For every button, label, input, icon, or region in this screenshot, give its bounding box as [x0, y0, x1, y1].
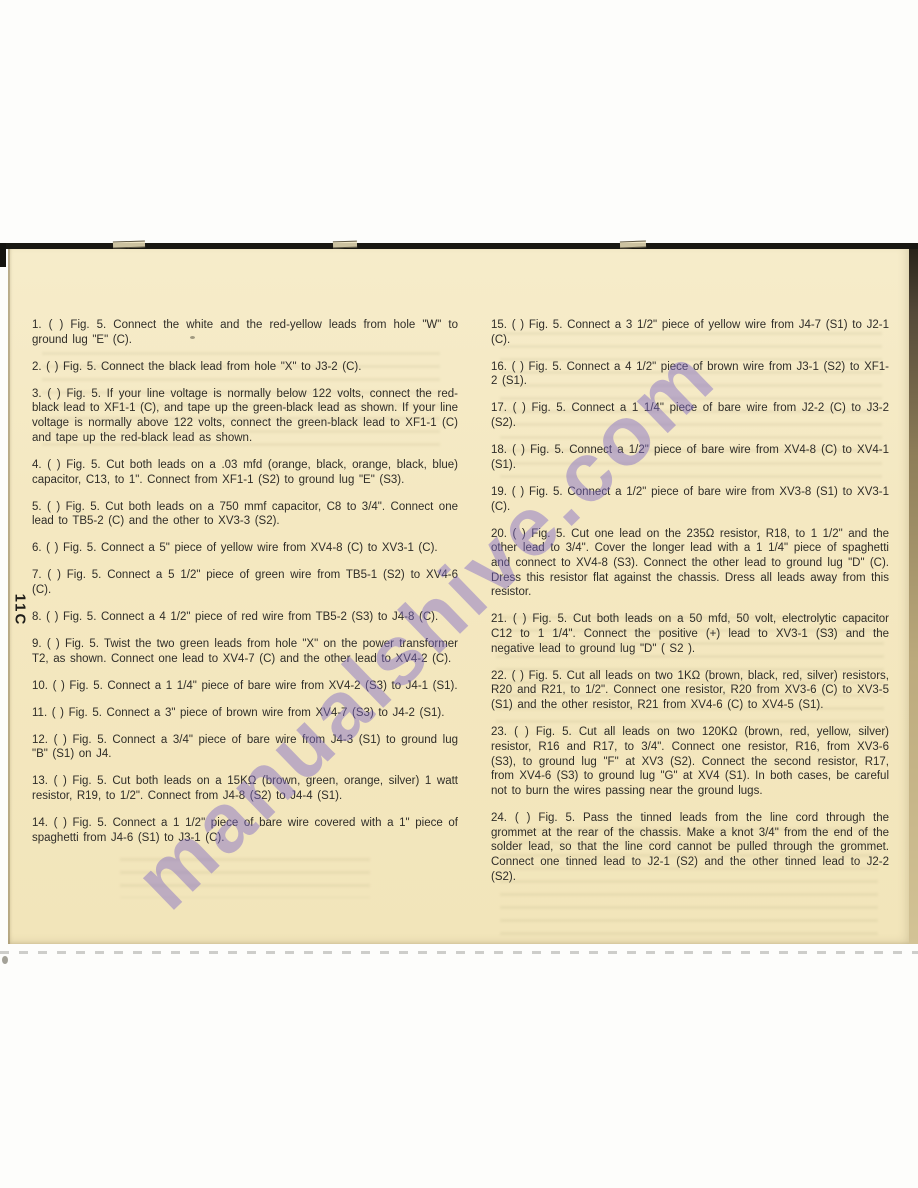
instruction-item: 18. ( ) Fig. 5. Connect a 1/2" piece of … — [491, 443, 889, 472]
instruction-item: 24. ( ) Fig. 5. Pass the tinned leads fr… — [491, 811, 889, 885]
instructions-column-left: 1. ( ) Fig. 5. Connect the white and the… — [32, 318, 458, 858]
instruction-item: 4. ( ) Fig. 5. Cut both leads on a .03 m… — [32, 458, 458, 487]
page-right-edge — [909, 243, 918, 944]
instruction-item: 6. ( ) Fig. 5. Connect a 5" piece of yel… — [32, 541, 458, 556]
instruction-item: 22. ( ) Fig. 5. Cut all leads on two 1KΩ… — [491, 669, 889, 713]
instruction-item: 13. ( ) Fig. 5. Cut both leads on a 15KΩ… — [32, 774, 458, 803]
binder-bar-left-tab — [0, 243, 6, 267]
instruction-item: 11. ( ) Fig. 5. Connect a 3" piece of br… — [32, 706, 458, 721]
staple-mark — [113, 240, 145, 248]
instruction-item: 15. ( ) Fig. 5. Connect a 3 1/2" piece o… — [491, 318, 889, 347]
instructions-column-right: 15. ( ) Fig. 5. Connect a 3 1/2" piece o… — [491, 318, 889, 897]
instruction-item: 3. ( ) Fig. 5. If your line voltage is n… — [32, 387, 458, 446]
instruction-item: 9. ( ) Fig. 5. Twist the two green leads… — [32, 637, 458, 666]
page-left-edge — [8, 249, 10, 944]
staple-mark — [333, 241, 357, 249]
instruction-item: 21. ( ) Fig. 5. Cut both leads on a 50 m… — [491, 612, 889, 656]
instruction-item: 12. ( ) Fig. 5. Connect a 3/4" piece of … — [32, 733, 458, 762]
instruction-item: 8. ( ) Fig. 5. Connect a 4 1/2" piece of… — [32, 610, 458, 625]
instruction-item: 14. ( ) Fig. 5. Connect a 1 1/2" piece o… — [32, 816, 458, 845]
instruction-item: 17. ( ) Fig. 5. Connect a 1 1/4" piece o… — [491, 401, 889, 430]
instruction-item: 20. ( ) Fig. 5. Cut one lead on the 235Ω… — [491, 527, 889, 601]
instruction-item: 19. ( ) Fig. 5. Connect a 1/2" piece of … — [491, 485, 889, 514]
scan-speck — [2, 956, 8, 964]
instruction-item: 2. ( ) Fig. 5. Connect the black lead fr… — [32, 360, 458, 375]
instruction-item: 16. ( ) Fig. 5. Connect a 4 1/2" piece o… — [491, 360, 889, 389]
instruction-item: 10. ( ) Fig. 5. Connect a 1 1/4" piece o… — [32, 679, 458, 694]
page-side-label: 11C — [12, 594, 29, 627]
staple-mark — [620, 241, 646, 249]
scan-speck — [190, 336, 195, 339]
instruction-item: 7. ( ) Fig. 5. Connect a 5 1/2" piece of… — [32, 568, 458, 597]
instruction-item: 1. ( ) Fig. 5. Connect the white and the… — [32, 318, 458, 347]
instruction-item: 23. ( ) Fig. 5. Cut all leads on two 120… — [491, 725, 889, 799]
instruction-item: 5. ( ) Fig. 5. Cut both leads on a 750 m… — [32, 500, 458, 529]
perforation-line — [0, 951, 918, 954]
